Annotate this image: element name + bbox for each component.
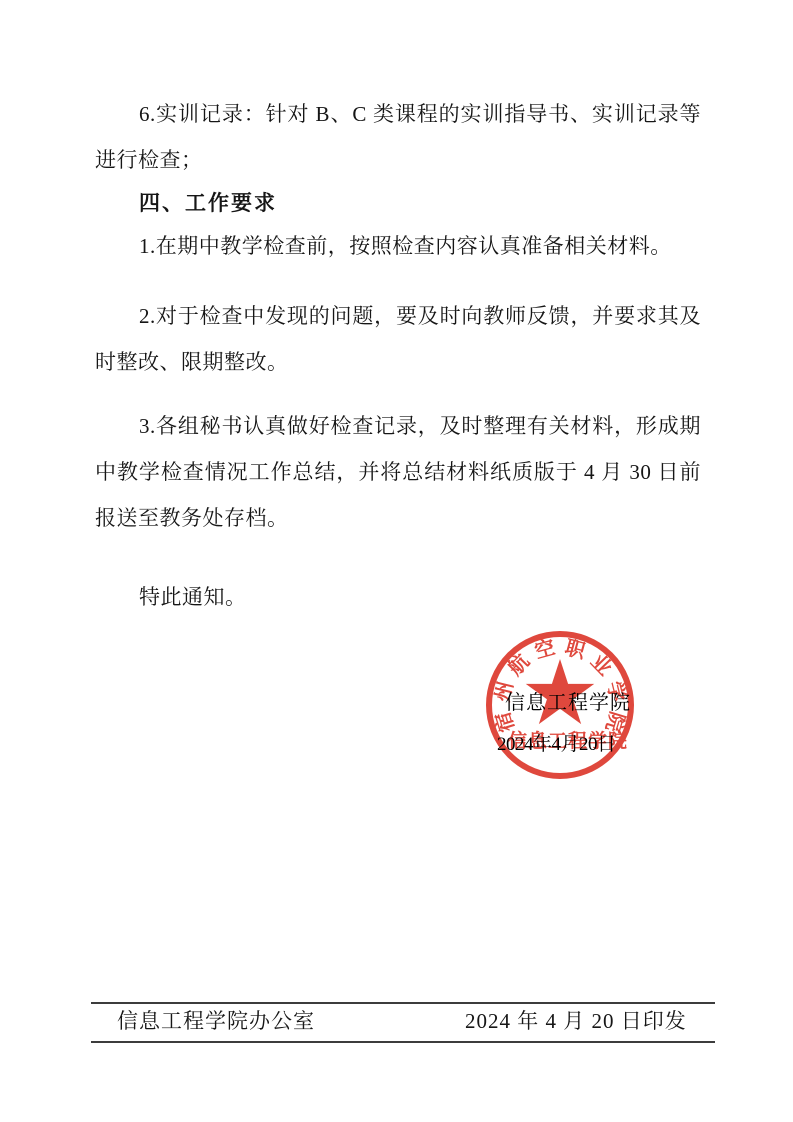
footer-print-date: 2024 年 4 月 20 日印发 [465,1008,687,1034]
footer-rule-bottom [91,1041,715,1043]
body-paragraph-req3: 3.各组秘书认真做好检查记录，及时整理有关材料，形成期中教学检查情况工作总结，并… [95,403,701,541]
signature-org-name: 信息工程学院 [505,691,631,715]
footer-rule-top [91,1002,715,1004]
body-paragraph-req2: 2.对于检查中发现的问题，要及时向教师反馈，并要求其及时整改、限期整改。 [95,293,701,385]
notice-document-page: 6.实训记录：针对 B、C 类课程的实训指导书、实训记录等进行检查； 四、工作要… [0,0,793,1122]
section-heading-work-requirements: 四、工作要求 [139,181,277,227]
closing-line: 特此通知。 [95,574,701,620]
body-paragraph-req1: 1.在期中教学检查前，按照检查内容认真准备相关材料。 [95,223,701,269]
signature-date: 2024年4月20日 [497,733,616,757]
body-paragraph-item6: 6.实训记录：针对 B、C 类课程的实训指导书、实训记录等进行检查； [95,91,701,183]
footer-issuer: 信息工程学院办公室 [117,1008,315,1034]
